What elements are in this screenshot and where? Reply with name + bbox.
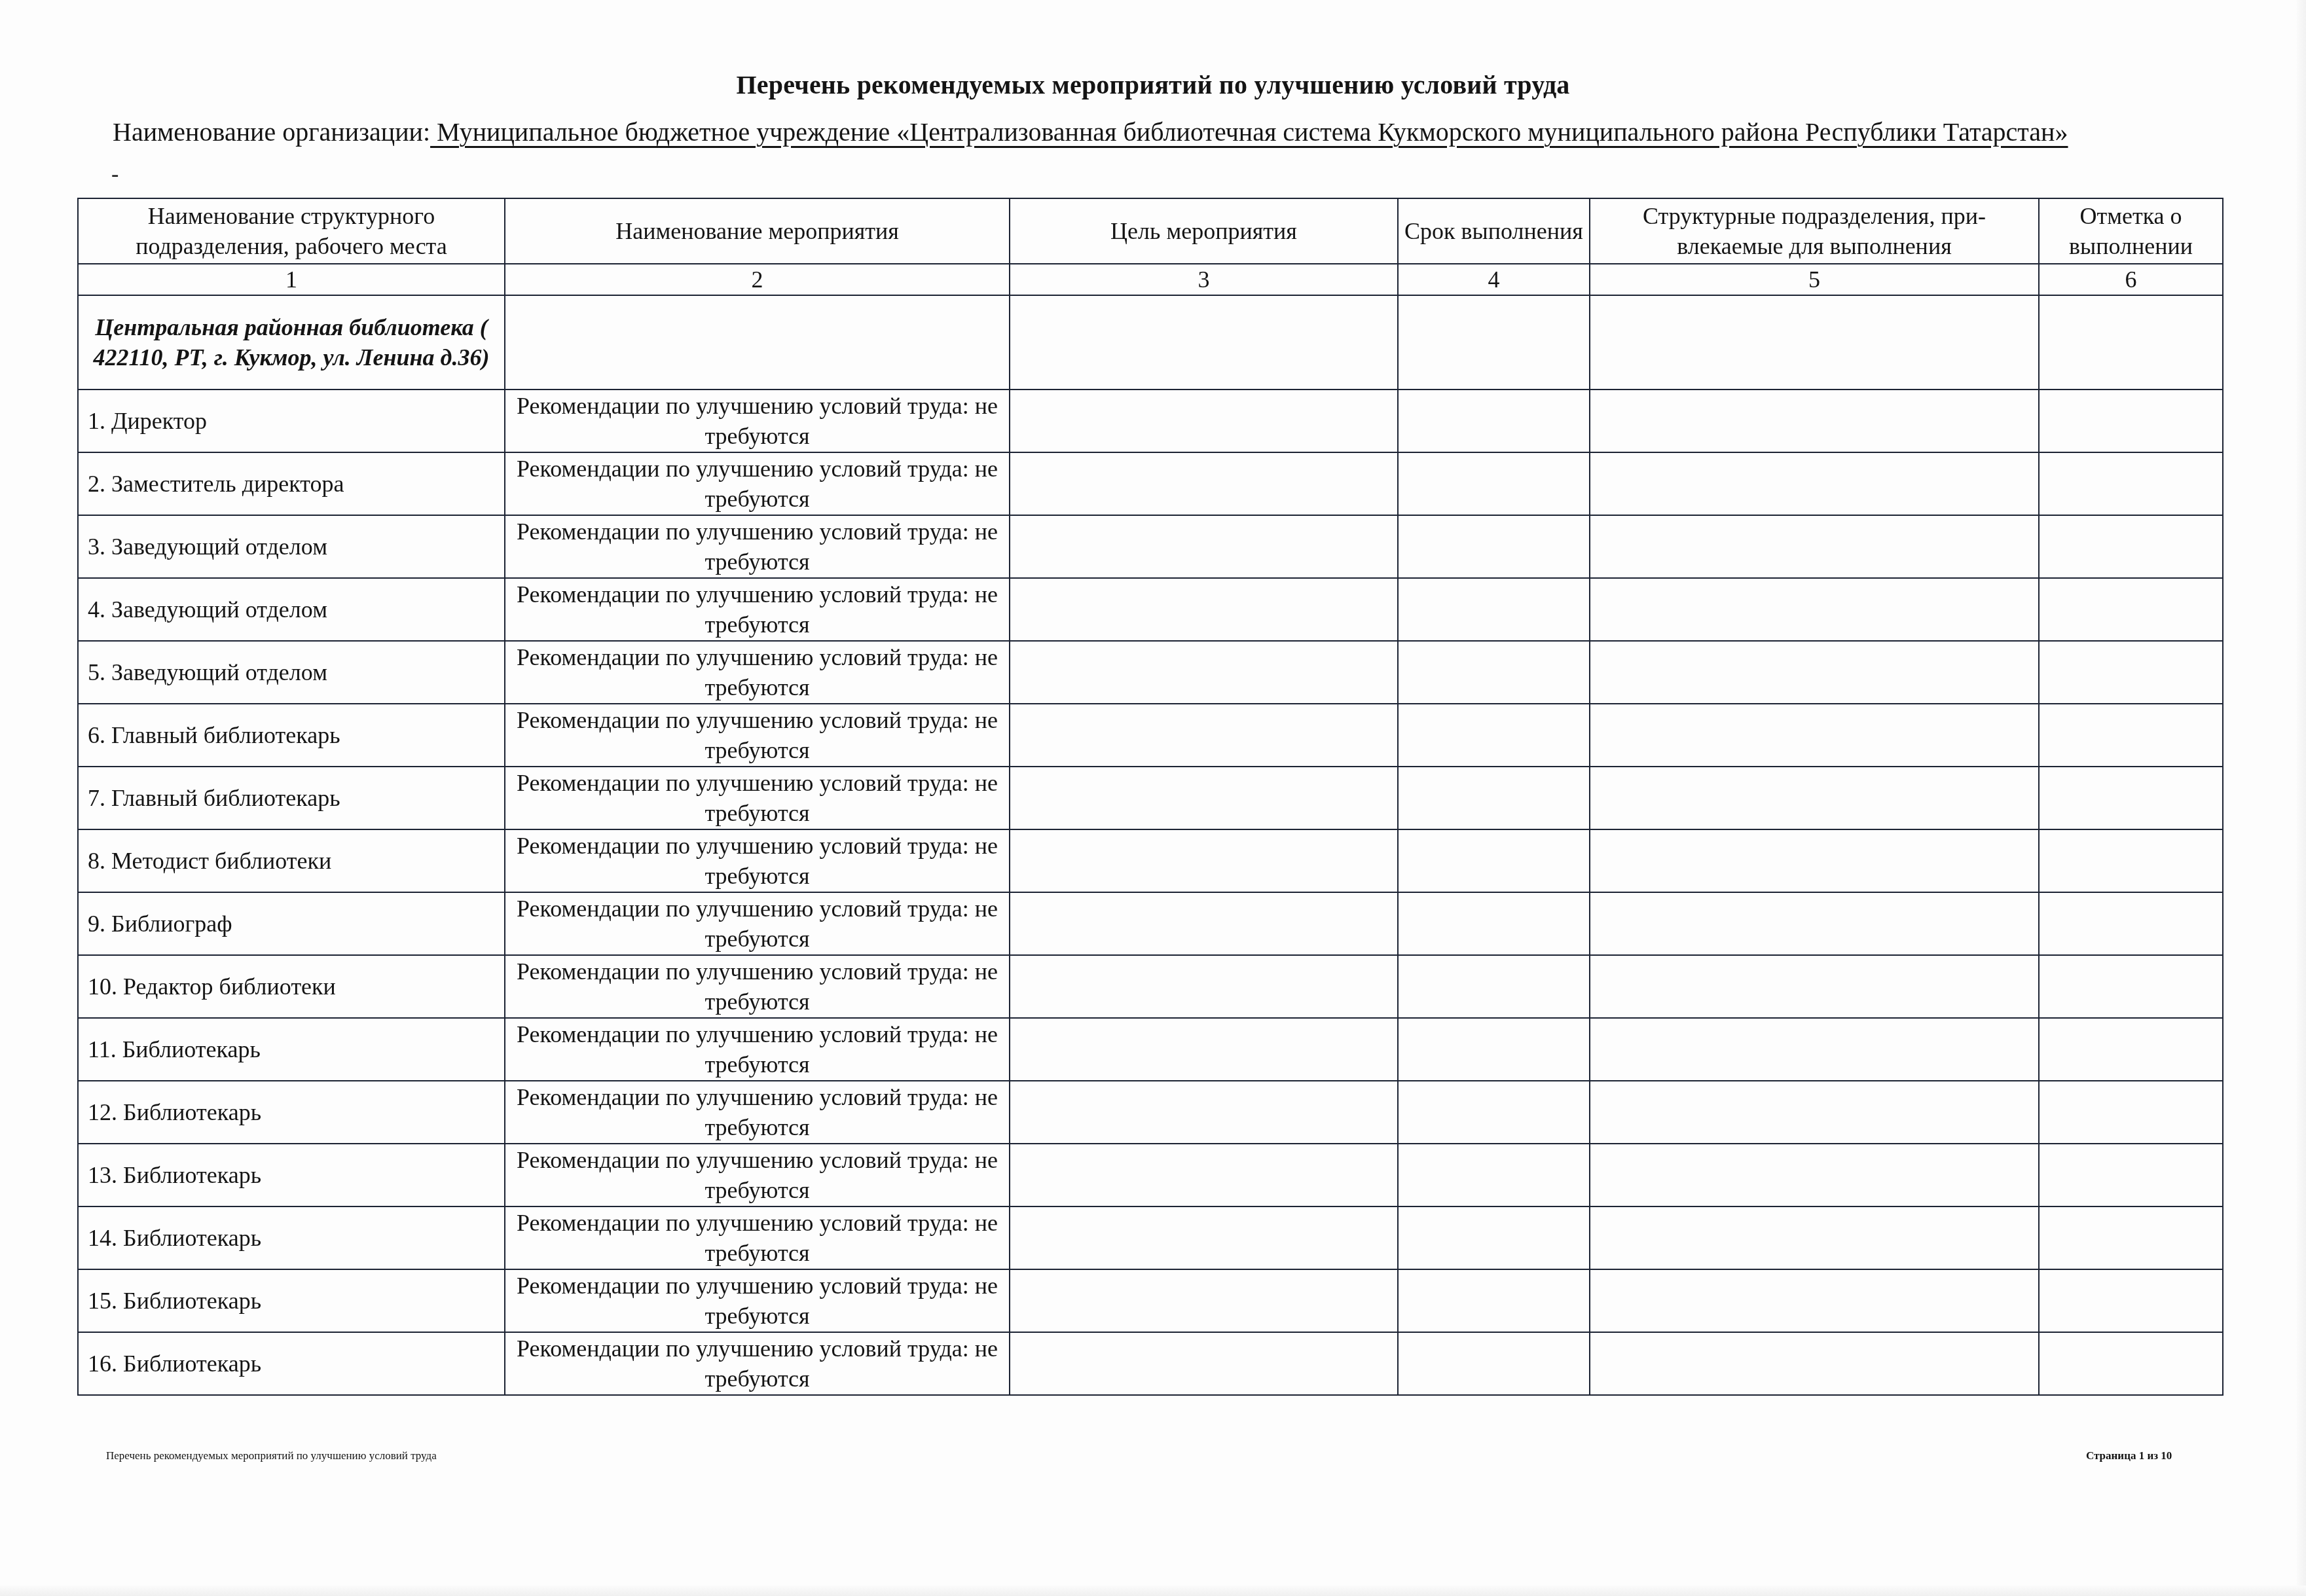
row-goal: [1010, 704, 1398, 767]
scan-edge: [0, 1586, 2306, 1596]
row-mark: [2039, 1269, 2223, 1332]
row-goal: [1010, 767, 1398, 829]
column-header-deadline: Срок выполнения: [1398, 198, 1590, 264]
column-number: 5: [1590, 264, 2039, 295]
row-deadline: [1398, 578, 1590, 641]
column-header-measure: Наименование мероприятия: [505, 198, 1010, 264]
row-deadline: [1398, 892, 1590, 955]
row-goal: [1010, 390, 1398, 452]
organization-line: Наименование организации: Муниципальное …: [113, 117, 2068, 147]
organization-name: Муниципальное бюджетное учреждение «Цент…: [430, 117, 2068, 147]
row-position: 16. Библиотекарь: [78, 1332, 505, 1395]
row-deadline: [1398, 452, 1590, 515]
table-row: 14. БиблиотекарьРекомендации по улучшени…: [78, 1206, 2223, 1269]
row-position: 3. Заведующий отделом: [78, 515, 505, 578]
row-goal: [1010, 829, 1398, 892]
row-mark: [2039, 892, 2223, 955]
column-header-mark: Отметка о выполнении: [2039, 198, 2223, 264]
row-goal: [1010, 452, 1398, 515]
table-row: 11. БиблиотекарьРекомендации по улучшени…: [78, 1018, 2223, 1081]
table-row: 2. Заместитель директораРекомендации по …: [78, 452, 2223, 515]
footer-title: Перечень рекомендуемых мероприятий по ул…: [106, 1449, 437, 1462]
row-position: 9. Библиограф: [78, 892, 505, 955]
row-measure: Рекомендации по улучшению условий труда:…: [505, 704, 1010, 767]
row-deadline: [1398, 829, 1590, 892]
section-mark: [2039, 295, 2223, 390]
row-departments: [1590, 1144, 2039, 1206]
table-row: 10. Редактор библиотекиРекомендации по у…: [78, 955, 2223, 1018]
row-measure: Рекомендации по улучшению условий труда:…: [505, 1332, 1010, 1395]
row-deadline: [1398, 641, 1590, 704]
row-position: 12. Библиотекарь: [78, 1081, 505, 1144]
document-page: Перечень рекомендуемых мероприятий по ул…: [0, 0, 2306, 1596]
table-row: 6. Главный библиотекарьРекомендации по у…: [78, 704, 2223, 767]
table-row: 1. ДиректорРекомендации по улучшению усл…: [78, 390, 2223, 452]
row-goal: [1010, 578, 1398, 641]
row-position: 14. Библиотекарь: [78, 1206, 505, 1269]
row-departments: [1590, 452, 2039, 515]
column-number: 1: [78, 264, 505, 295]
row-measure: Рекомендации по улучшению условий труда:…: [505, 955, 1010, 1018]
document-title: Перечень рекомендуемых мероприятий по ул…: [0, 69, 2306, 100]
row-measure: Рекомендации по улучшению условий труда:…: [505, 892, 1010, 955]
row-position: 8. Методист библиотеки: [78, 829, 505, 892]
row-departments: [1590, 578, 2039, 641]
row-measure: Рекомендации по улучшению условий труда:…: [505, 767, 1010, 829]
row-position: 7. Главный библиотекарь: [78, 767, 505, 829]
table-header-row: Наименование структурного подразделения,…: [78, 198, 2223, 264]
column-number: 2: [505, 264, 1010, 295]
section-departments: [1590, 295, 2039, 390]
row-goal: [1010, 1018, 1398, 1081]
row-departments: [1590, 515, 2039, 578]
row-goal: [1010, 1206, 1398, 1269]
row-measure: Рекомендации по улучшению условий труда:…: [505, 1018, 1010, 1081]
row-measure: Рекомендации по улучшению условий труда:…: [505, 641, 1010, 704]
row-measure: Рекомендации по улучшению условий труда:…: [505, 452, 1010, 515]
column-number-row: 1 2 3 4 5 6: [78, 264, 2223, 295]
section-name: Центральная районная библиотека ( 422110…: [78, 295, 505, 390]
row-departments: [1590, 704, 2039, 767]
page-number: Страница 1 из 10: [2086, 1449, 2172, 1462]
table-row: 3. Заведующий отделомРекомендации по улу…: [78, 515, 2223, 578]
section-row: Центральная районная библиотека ( 422110…: [78, 295, 2223, 390]
row-position: 1. Директор: [78, 390, 505, 452]
column-header-goal: Цель мероприятия: [1010, 198, 1398, 264]
table-row: 9. БиблиографРекомендации по улучшению у…: [78, 892, 2223, 955]
row-measure: Рекомендации по улучшению условий труда:…: [505, 578, 1010, 641]
row-mark: [2039, 578, 2223, 641]
row-departments: [1590, 767, 2039, 829]
row-mark: [2039, 1206, 2223, 1269]
row-departments: [1590, 1269, 2039, 1332]
dash-mark: -: [111, 162, 119, 187]
column-number: 4: [1398, 264, 1590, 295]
row-departments: [1590, 1206, 2039, 1269]
row-position: 5. Заведующий отделом: [78, 641, 505, 704]
row-deadline: [1398, 1332, 1590, 1395]
row-mark: [2039, 390, 2223, 452]
row-measure: Рекомендации по улучшению условий труда:…: [505, 390, 1010, 452]
row-deadline: [1398, 1081, 1590, 1144]
row-position: 4. Заведующий отделом: [78, 578, 505, 641]
row-mark: [2039, 1332, 2223, 1395]
row-goal: [1010, 1269, 1398, 1332]
row-departments: [1590, 390, 2039, 452]
row-measure: Рекомендации по улучшению условий труда:…: [505, 1206, 1010, 1269]
row-deadline: [1398, 515, 1590, 578]
table-row: 7. Главный библиотекарьРекомендации по у…: [78, 767, 2223, 829]
row-mark: [2039, 1018, 2223, 1081]
row-departments: [1590, 1081, 2039, 1144]
row-deadline: [1398, 767, 1590, 829]
row-mark: [2039, 704, 2223, 767]
section-goal: [1010, 295, 1398, 390]
row-measure: Рекомендации по улучшению условий труда:…: [505, 1269, 1010, 1332]
row-deadline: [1398, 1018, 1590, 1081]
row-mark: [2039, 452, 2223, 515]
table-row: 4. Заведующий отделомРекомендации по улу…: [78, 578, 2223, 641]
row-measure: Рекомендации по улучшению условий труда:…: [505, 829, 1010, 892]
row-goal: [1010, 1144, 1398, 1206]
row-deadline: [1398, 1206, 1590, 1269]
table-row: 16. БиблиотекарьРекомендации по улучшени…: [78, 1332, 2223, 1395]
row-position: 15. Библиотекарь: [78, 1269, 505, 1332]
row-goal: [1010, 955, 1398, 1018]
row-departments: [1590, 955, 2039, 1018]
organization-label: Наименование организации:: [113, 117, 430, 147]
measures-table: Наименование структурного подразделения,…: [77, 198, 2224, 1396]
row-measure: Рекомендации по улучшению условий труда:…: [505, 1144, 1010, 1206]
row-goal: [1010, 1081, 1398, 1144]
row-goal: [1010, 515, 1398, 578]
row-mark: [2039, 767, 2223, 829]
row-position: 10. Редактор библиотеки: [78, 955, 505, 1018]
row-deadline: [1398, 704, 1590, 767]
section-deadline: [1398, 295, 1590, 390]
row-departments: [1590, 1018, 2039, 1081]
row-position: 6. Главный библиотекарь: [78, 704, 505, 767]
table-row: 13. БиблиотекарьРекомендации по улучшени…: [78, 1144, 2223, 1206]
row-position: 2. Заместитель директора: [78, 452, 505, 515]
row-position: 11. Библиотекарь: [78, 1018, 505, 1081]
row-deadline: [1398, 1144, 1590, 1206]
table-row: 12. БиблиотекарьРекомендации по улучшени…: [78, 1081, 2223, 1144]
table-row: 5. Заведующий отделомРекомендации по улу…: [78, 641, 2223, 704]
row-mark: [2039, 829, 2223, 892]
table-row: 8. Методист библиотекиРекомендации по ул…: [78, 829, 2223, 892]
row-mark: [2039, 515, 2223, 578]
column-number: 3: [1010, 264, 1398, 295]
row-departments: [1590, 892, 2039, 955]
row-departments: [1590, 641, 2039, 704]
scan-edge: [2297, 0, 2306, 1596]
row-goal: [1010, 641, 1398, 704]
row-measure: Рекомендации по улучшению условий труда:…: [505, 1081, 1010, 1144]
row-mark: [2039, 1081, 2223, 1144]
table-body: Центральная районная библиотека ( 422110…: [78, 295, 2223, 1395]
row-goal: [1010, 1332, 1398, 1395]
column-header-position: Наименование структурного подразделения,…: [78, 198, 505, 264]
section-measure: [505, 295, 1010, 390]
column-header-departments: Структурные подразделения, при-влекаемые…: [1590, 198, 2039, 264]
row-mark: [2039, 955, 2223, 1018]
table-row: 15. БиблиотекарьРекомендации по улучшени…: [78, 1269, 2223, 1332]
row-goal: [1010, 892, 1398, 955]
row-mark: [2039, 1144, 2223, 1206]
row-position: 13. Библиотекарь: [78, 1144, 505, 1206]
row-deadline: [1398, 1269, 1590, 1332]
row-deadline: [1398, 390, 1590, 452]
row-measure: Рекомендации по улучшению условий труда:…: [505, 515, 1010, 578]
row-mark: [2039, 641, 2223, 704]
row-departments: [1590, 829, 2039, 892]
row-deadline: [1398, 955, 1590, 1018]
column-number: 6: [2039, 264, 2223, 295]
row-departments: [1590, 1332, 2039, 1395]
